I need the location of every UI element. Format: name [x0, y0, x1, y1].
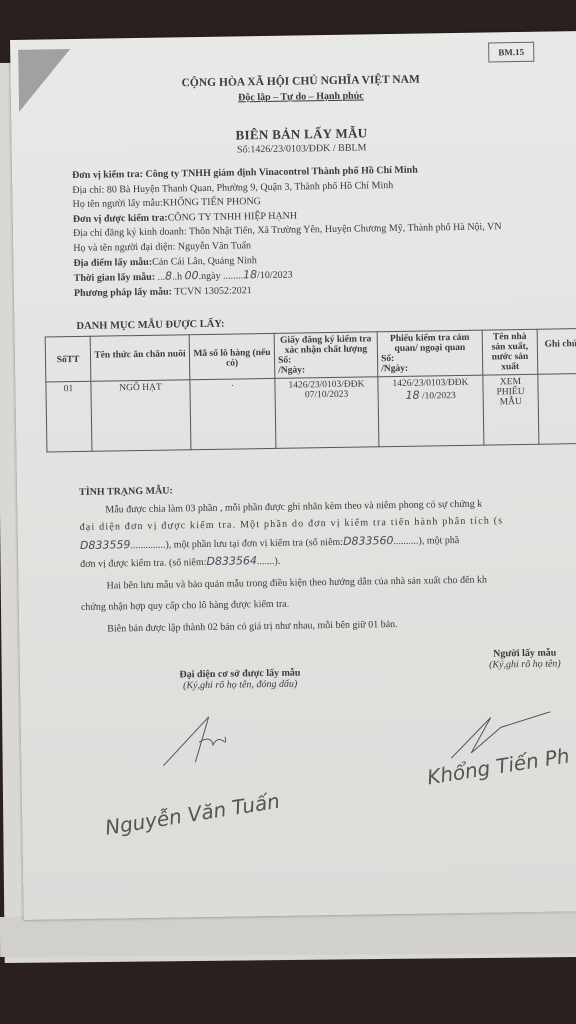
seal-number-2: D833559 [80, 538, 131, 552]
folded-corner-shadow [18, 49, 71, 112]
seal-number-1: D833560 [343, 534, 394, 548]
table-row: 01 NGÔ HẠT · 1426/23/0103/ĐĐK 07/10/2023… [46, 374, 576, 452]
sample-table: SốTT Tên thức ăn chăn nuôi Mã số lô hàng… [45, 328, 576, 452]
handwritten-minute: 00 [185, 269, 199, 282]
paper-edge [0, 913, 576, 957]
handwritten-day: 18 [243, 268, 257, 281]
handwritten-day: 18 [405, 389, 419, 402]
form-code: BM.15 [488, 42, 534, 63]
country-header: CỘNG HÒA XÃ HỘI CHỦ NGHĨA VIỆT NAM [171, 73, 431, 89]
seal-number-3: D833564 [206, 554, 257, 568]
document-sheet: BM.15 CỘNG HÒA XÃ HỘI CHỦ NGHĨA VIỆT NAM… [10, 31, 576, 920]
motto: Độc lập – Tự do – Hạnh phúc [171, 89, 431, 104]
left-signature-block: Đại diện cơ sở được lấy mẫu (Ký,ghi rõ h… [140, 667, 340, 692]
info-block: Đơn vị kiểm tra: Công ty TNHH giám định … [72, 160, 576, 301]
sample-list-title: DANH MỤC MẪU ĐƯỢC LẤY: [76, 319, 224, 332]
right-signature-block: Người lấy mẫu (Ký,ghi rõ họ tên) [450, 647, 576, 671]
sample-status: TÌNH TRẠNG MẪU: Mẫu được chia làm 03 phầ… [79, 475, 576, 637]
handwritten-hour: 8 [165, 270, 172, 283]
